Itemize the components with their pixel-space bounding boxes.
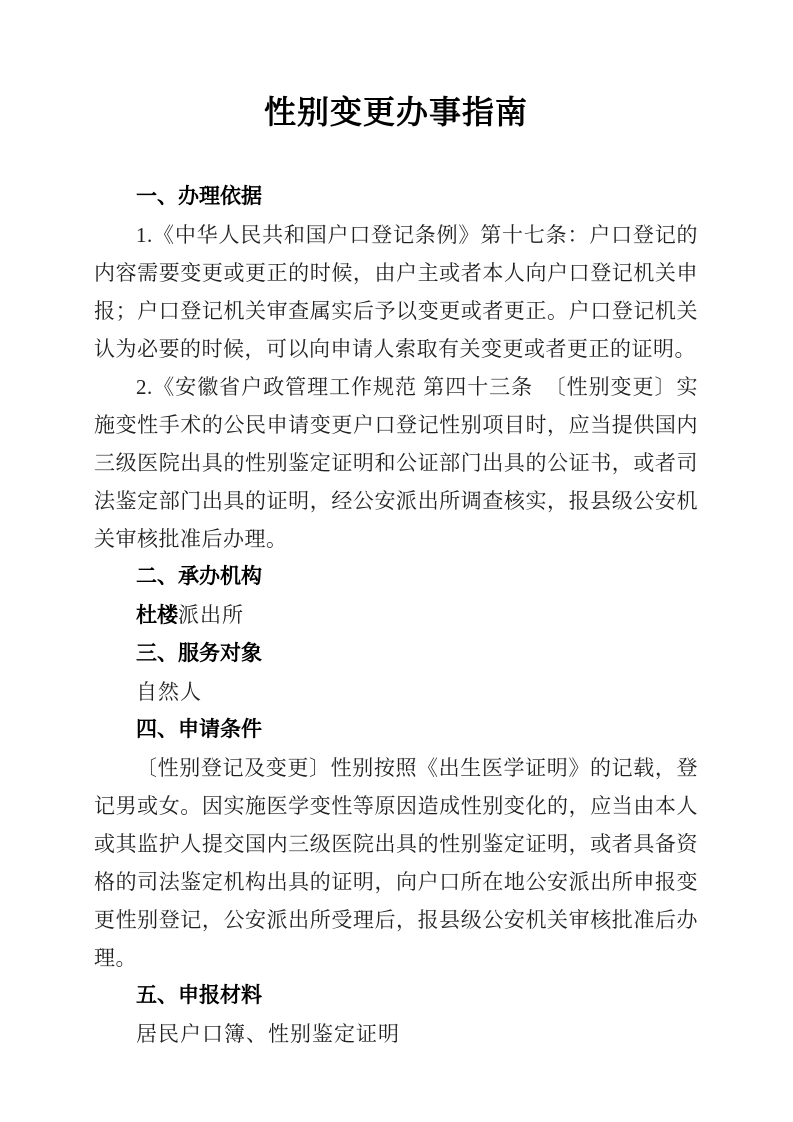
agency-line: 杜楼派出所 — [94, 596, 698, 635]
basis-paragraph-2: 2.《安徽省户政管理工作规范 第四十三条 〔性别变更〕实施变性手术的公民申请变更… — [94, 368, 698, 558]
document-page: 性别变更办事指南 一、办理依据 1.《中华人民共和国户口登记条例》第十七条：户口… — [0, 0, 793, 1122]
document-title: 性别变更办事指南 — [94, 90, 698, 134]
section-heading-basis: 一、办理依据 — [94, 178, 698, 216]
conditions-paragraph: 〔性别登记及变更〕性别按照《出生医学证明》的记载，登记男或女。因实施医学变性等原… — [94, 749, 698, 977]
audience-line: 自然人 — [94, 673, 698, 711]
section-heading-conditions: 四、申请条件 — [94, 711, 698, 749]
materials-line: 居民户口簿、性别鉴定证明 — [94, 1015, 698, 1053]
section-heading-agency: 二、承办机构 — [94, 558, 698, 596]
section-heading-materials: 五、申报材料 — [94, 977, 698, 1015]
agency-name-rest: 派出所 — [178, 603, 244, 627]
basis-paragraph-1: 1.《中华人民共和国户口登记条例》第十七条：户口登记的内容需要变更或更正的时候，… — [94, 216, 698, 368]
agency-name-bold: 杜楼 — [136, 604, 178, 627]
section-heading-audience: 三、服务对象 — [94, 635, 698, 673]
